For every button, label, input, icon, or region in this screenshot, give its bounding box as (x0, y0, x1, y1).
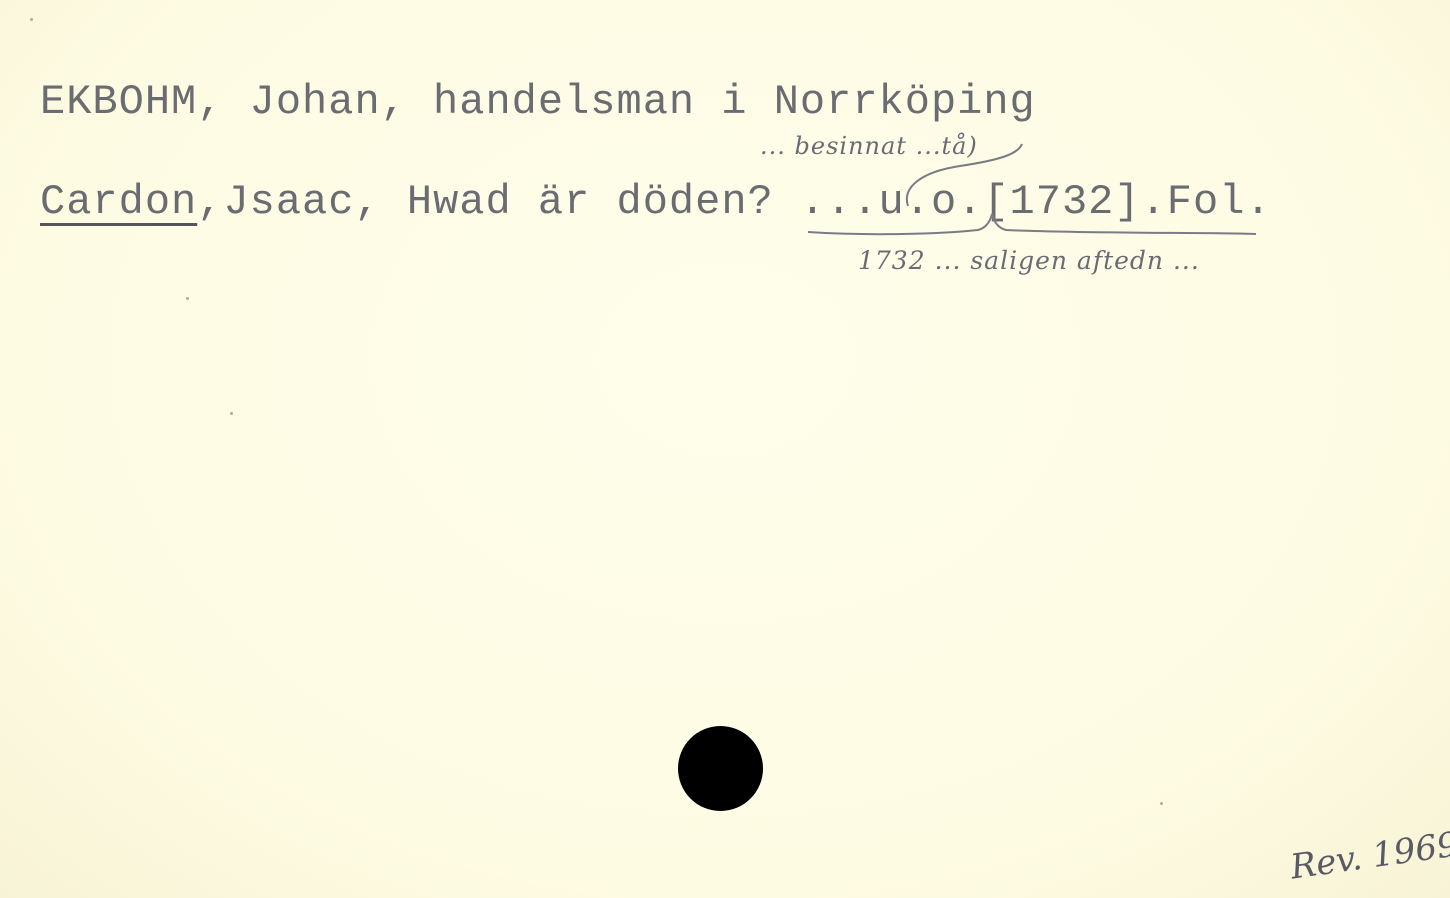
card-heading: EKBOHM, Johan, handelsman i Norrköping (40, 78, 1036, 126)
punch-hole (678, 726, 763, 811)
handwritten-note-below: 1732 ... saligen aftedn ... (858, 246, 1200, 275)
paper-speck (186, 297, 189, 300)
revision-note: Rev. 1969 (1288, 824, 1450, 887)
paper-speck (1160, 802, 1163, 805)
pencil-brace-icon (790, 136, 1270, 256)
paper-speck (30, 18, 33, 21)
title-author: Cardon (40, 178, 197, 226)
catalog-card: EKBOHM, Johan, handelsman i Norrköping C… (0, 0, 1450, 898)
paper-speck (230, 412, 233, 415)
